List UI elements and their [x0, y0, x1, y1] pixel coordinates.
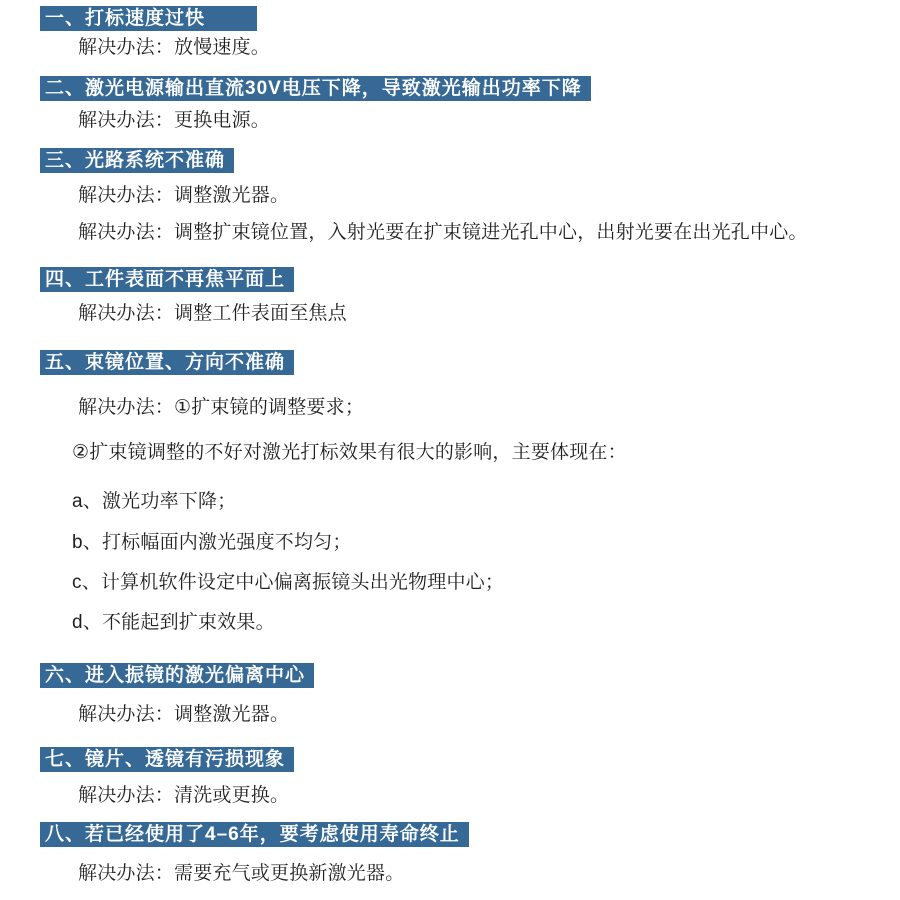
section-heading-1: 一、打标速度过快: [40, 6, 257, 31]
section-heading-2: 二、激光电源输出直流30V电压下降，导致激光输出功率下降: [40, 76, 591, 101]
section-heading-4: 四、工件表面不再焦平面上: [40, 267, 294, 292]
solution-text: 解决办法：调整工件表面至焦点: [78, 302, 347, 326]
solution-text: 解决办法：清洗或更换。: [78, 784, 289, 808]
section-heading-8: 八、若已经使用了4–6年，要考虑使用寿命终止: [40, 822, 469, 847]
section-heading-3: 三、光路系统不准确: [40, 148, 234, 173]
solution-text: 解决办法：更换电源。: [78, 109, 270, 133]
solution-list-item-a: a、激光功率下降；: [72, 490, 236, 514]
solution-text: ②扩束镜调整的不好对激光打标效果有很大的影响，主要体现在：: [72, 441, 627, 465]
solution-text: 解决办法：需要充气或更换新激光器。: [78, 862, 404, 886]
solution-list-item-b: b、打标幅面内激光强度不均匀；: [72, 531, 352, 555]
section-heading-6: 六、进入振镜的激光偏离中心: [40, 663, 314, 688]
solution-text: 解决办法：放慢速度。: [78, 36, 270, 60]
section-heading-7: 七、镜片、透镜有污损现象: [40, 747, 294, 772]
solution-list-item-d: d、不能起到扩束效果。: [72, 611, 275, 635]
section-heading-5: 五、束镜位置、方向不准确: [40, 350, 294, 375]
solution-text: 解决办法：①扩束镜的调整要求；: [78, 396, 364, 420]
document-page: 一、打标速度过快 解决办法：放慢速度。 二、激光电源输出直流30V电压下降，导致…: [0, 0, 900, 900]
solution-text: 解决办法：调整激光器。: [78, 184, 289, 208]
solution-text: 解决办法：调整扩束镜位置，入射光要在扩束镜进光孔中心，出射光要在出光孔中心。: [78, 221, 808, 245]
solution-list-item-c: c、计算机软件设定中心偏离振镜头出光物理中心；: [72, 571, 504, 595]
solution-text: 解决办法：调整激光器。: [78, 703, 289, 727]
